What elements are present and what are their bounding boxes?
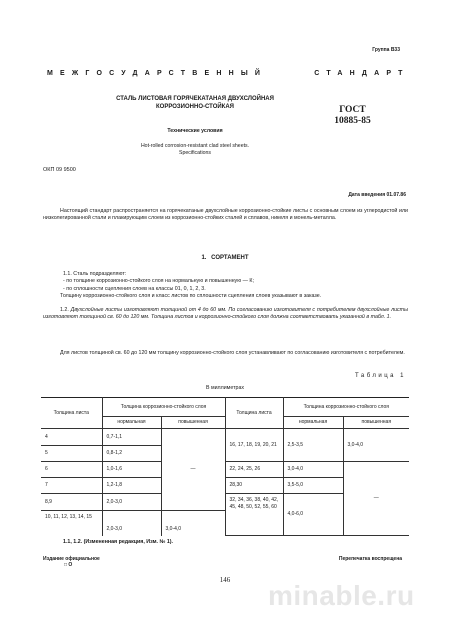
table-units: В миллиметрах bbox=[0, 385, 450, 391]
sheet-cell: 22, 24, 25, 26 bbox=[225, 462, 283, 478]
clause-1-2: 1.2. Двухслойные листы изготовляют толщи… bbox=[43, 307, 408, 322]
order-text: Толщину коррозионно-стойкого слоя и клас… bbox=[60, 293, 321, 299]
introduction-date: Дата введения 01.07.86 bbox=[348, 192, 406, 198]
change-note: 1.1, 1.2. (Измененная редакция, Изм. № 1… bbox=[63, 539, 173, 545]
section-heading: 1. СОРТАМЕНТ bbox=[0, 255, 450, 261]
increased-merged-cell: — bbox=[343, 462, 409, 536]
table-caption: Таблица 1 bbox=[355, 373, 406, 379]
intro-paragraph: Настоящий стандарт распространяется на г… bbox=[43, 208, 408, 223]
official-mark-icon: □ О bbox=[43, 562, 100, 568]
normal-cell: 4,0-6,0 bbox=[283, 494, 343, 536]
official-edition: Издание официальное □ О bbox=[43, 556, 100, 568]
table-row: 6 1,0-1,6 22, 24, 25, 26 3,0-4,0 — bbox=[41, 462, 409, 478]
sheet-cell: 4 bbox=[41, 429, 102, 446]
thickness-table: Толщина листа Толщина коррозионно-стойко… bbox=[41, 397, 409, 536]
sheet-cell: 10, 11, 12, 13, 14, 15 bbox=[41, 511, 102, 536]
header-sheet-thickness-left: Толщина листа bbox=[41, 398, 102, 429]
title-line-1: СТАЛЬ ЛИСТОВАЯ ГОРЯЧЕКАТАНАЯ ДВУХСЛОЙНАЯ bbox=[90, 95, 300, 103]
group-code: Группа В33 bbox=[372, 47, 400, 53]
thick-sheets-paragraph: Для листов толщиной св. 60 до 120 мм тол… bbox=[43, 350, 408, 357]
order-paragraph: Толщину коррозионно-стойкого слоя и клас… bbox=[43, 293, 408, 300]
increased-cell: 3,0-4,0 bbox=[161, 511, 225, 536]
increased-merged-cell: — bbox=[161, 429, 225, 511]
normal-cell: 0,8-1,2 bbox=[102, 446, 161, 462]
standard-word: СТАНДАРТ bbox=[314, 70, 409, 77]
reprint-notice: Перепечатка воспрещена bbox=[339, 556, 402, 562]
sheet-cell: 32, 34, 36, 38, 40, 42, 45, 48, 50, 52, … bbox=[225, 494, 283, 536]
normal-cell: 3,0-4,0 bbox=[283, 462, 343, 478]
sheet-cell: 8,9 bbox=[41, 494, 102, 511]
bullet-thickness: - по толщине коррозионно-стойкого слоя н… bbox=[63, 278, 254, 285]
normal-cell: 1,2-1,8 bbox=[102, 478, 161, 494]
thick-sheets-text: Для листов толщиной св. 60 до 120 мм тол… bbox=[60, 350, 405, 356]
watermark: minable.ru bbox=[268, 580, 415, 612]
gost-designation: ГОСТ 10885-85 bbox=[330, 105, 375, 127]
clause-1-2-number: 1.2. bbox=[60, 307, 69, 313]
table-row: 4 0,7-1,1 — 16, 17, 18, 19, 20, 21 2,5-3… bbox=[41, 429, 409, 446]
normal-cell: 2,0-3,0 bbox=[102, 494, 161, 511]
sheet-cell: 16, 17, 18, 19, 20, 21 bbox=[225, 429, 283, 462]
english-title-line-1: Hot-rolled corrosion-resistant clad stee… bbox=[90, 143, 300, 150]
intro-text: Настоящий стандарт распространяется на г… bbox=[43, 208, 408, 221]
header-increased-left: повышенная bbox=[161, 417, 225, 429]
english-title-line-2: Specifications bbox=[90, 150, 300, 157]
interstate-word: МЕЖГОСУДАРСТВЕННЫЙ bbox=[47, 70, 267, 77]
sheet-cell: 5 bbox=[41, 446, 102, 462]
header-layer-thickness-right: Толщина коррозионно-стойкого слоя bbox=[283, 398, 409, 417]
header-sheet-thickness-right: Толщина листа bbox=[225, 398, 283, 429]
header-increased-right: повышенная bbox=[343, 417, 409, 429]
normal-cell: 2,0-3,0 bbox=[102, 511, 161, 536]
english-title: Hot-rolled corrosion-resistant clad stee… bbox=[90, 143, 300, 157]
sheet-cell: 6 bbox=[41, 462, 102, 478]
normal-cell: 1,0-1,6 bbox=[102, 462, 161, 478]
gost-label: ГОСТ bbox=[330, 105, 375, 116]
gost-number: 10885-85 bbox=[330, 116, 375, 127]
okp-code: ОКП 09 9500 bbox=[43, 167, 76, 173]
increased-cell: 3,0-4,0 bbox=[343, 429, 409, 462]
document-title: СТАЛЬ ЛИСТОВАЯ ГОРЯЧЕКАТАНАЯ ДВУХСЛОЙНАЯ… bbox=[90, 95, 300, 111]
normal-cell: 2,5-3,5 bbox=[283, 429, 343, 462]
document-subtitle: Технические условия bbox=[90, 128, 300, 134]
interstate-standard-heading: МЕЖГОСУДАРСТВЕННЫЙ СТАНДАРТ bbox=[47, 70, 410, 77]
header-normal-left: нормальная bbox=[102, 417, 161, 429]
sheet-cell: 28,30 bbox=[225, 478, 283, 494]
header-normal-right: нормальная bbox=[283, 417, 343, 429]
title-line-2: КОРРОЗИОННО-СТОЙКАЯ bbox=[90, 103, 300, 111]
clause-1-1: 1.1. Сталь подразделяют: - по толщине ко… bbox=[63, 271, 254, 293]
normal-cell: 3,5-5,0 bbox=[283, 478, 343, 494]
clause-1-2-text: Двухслойные листы изготовляют толщиной о… bbox=[43, 307, 408, 320]
sheet-cell: 7 bbox=[41, 478, 102, 494]
header-layer-thickness-left: Толщина коррозионно-стойкого слоя bbox=[102, 398, 225, 417]
normal-cell: 0,7-1,1 bbox=[102, 429, 161, 446]
